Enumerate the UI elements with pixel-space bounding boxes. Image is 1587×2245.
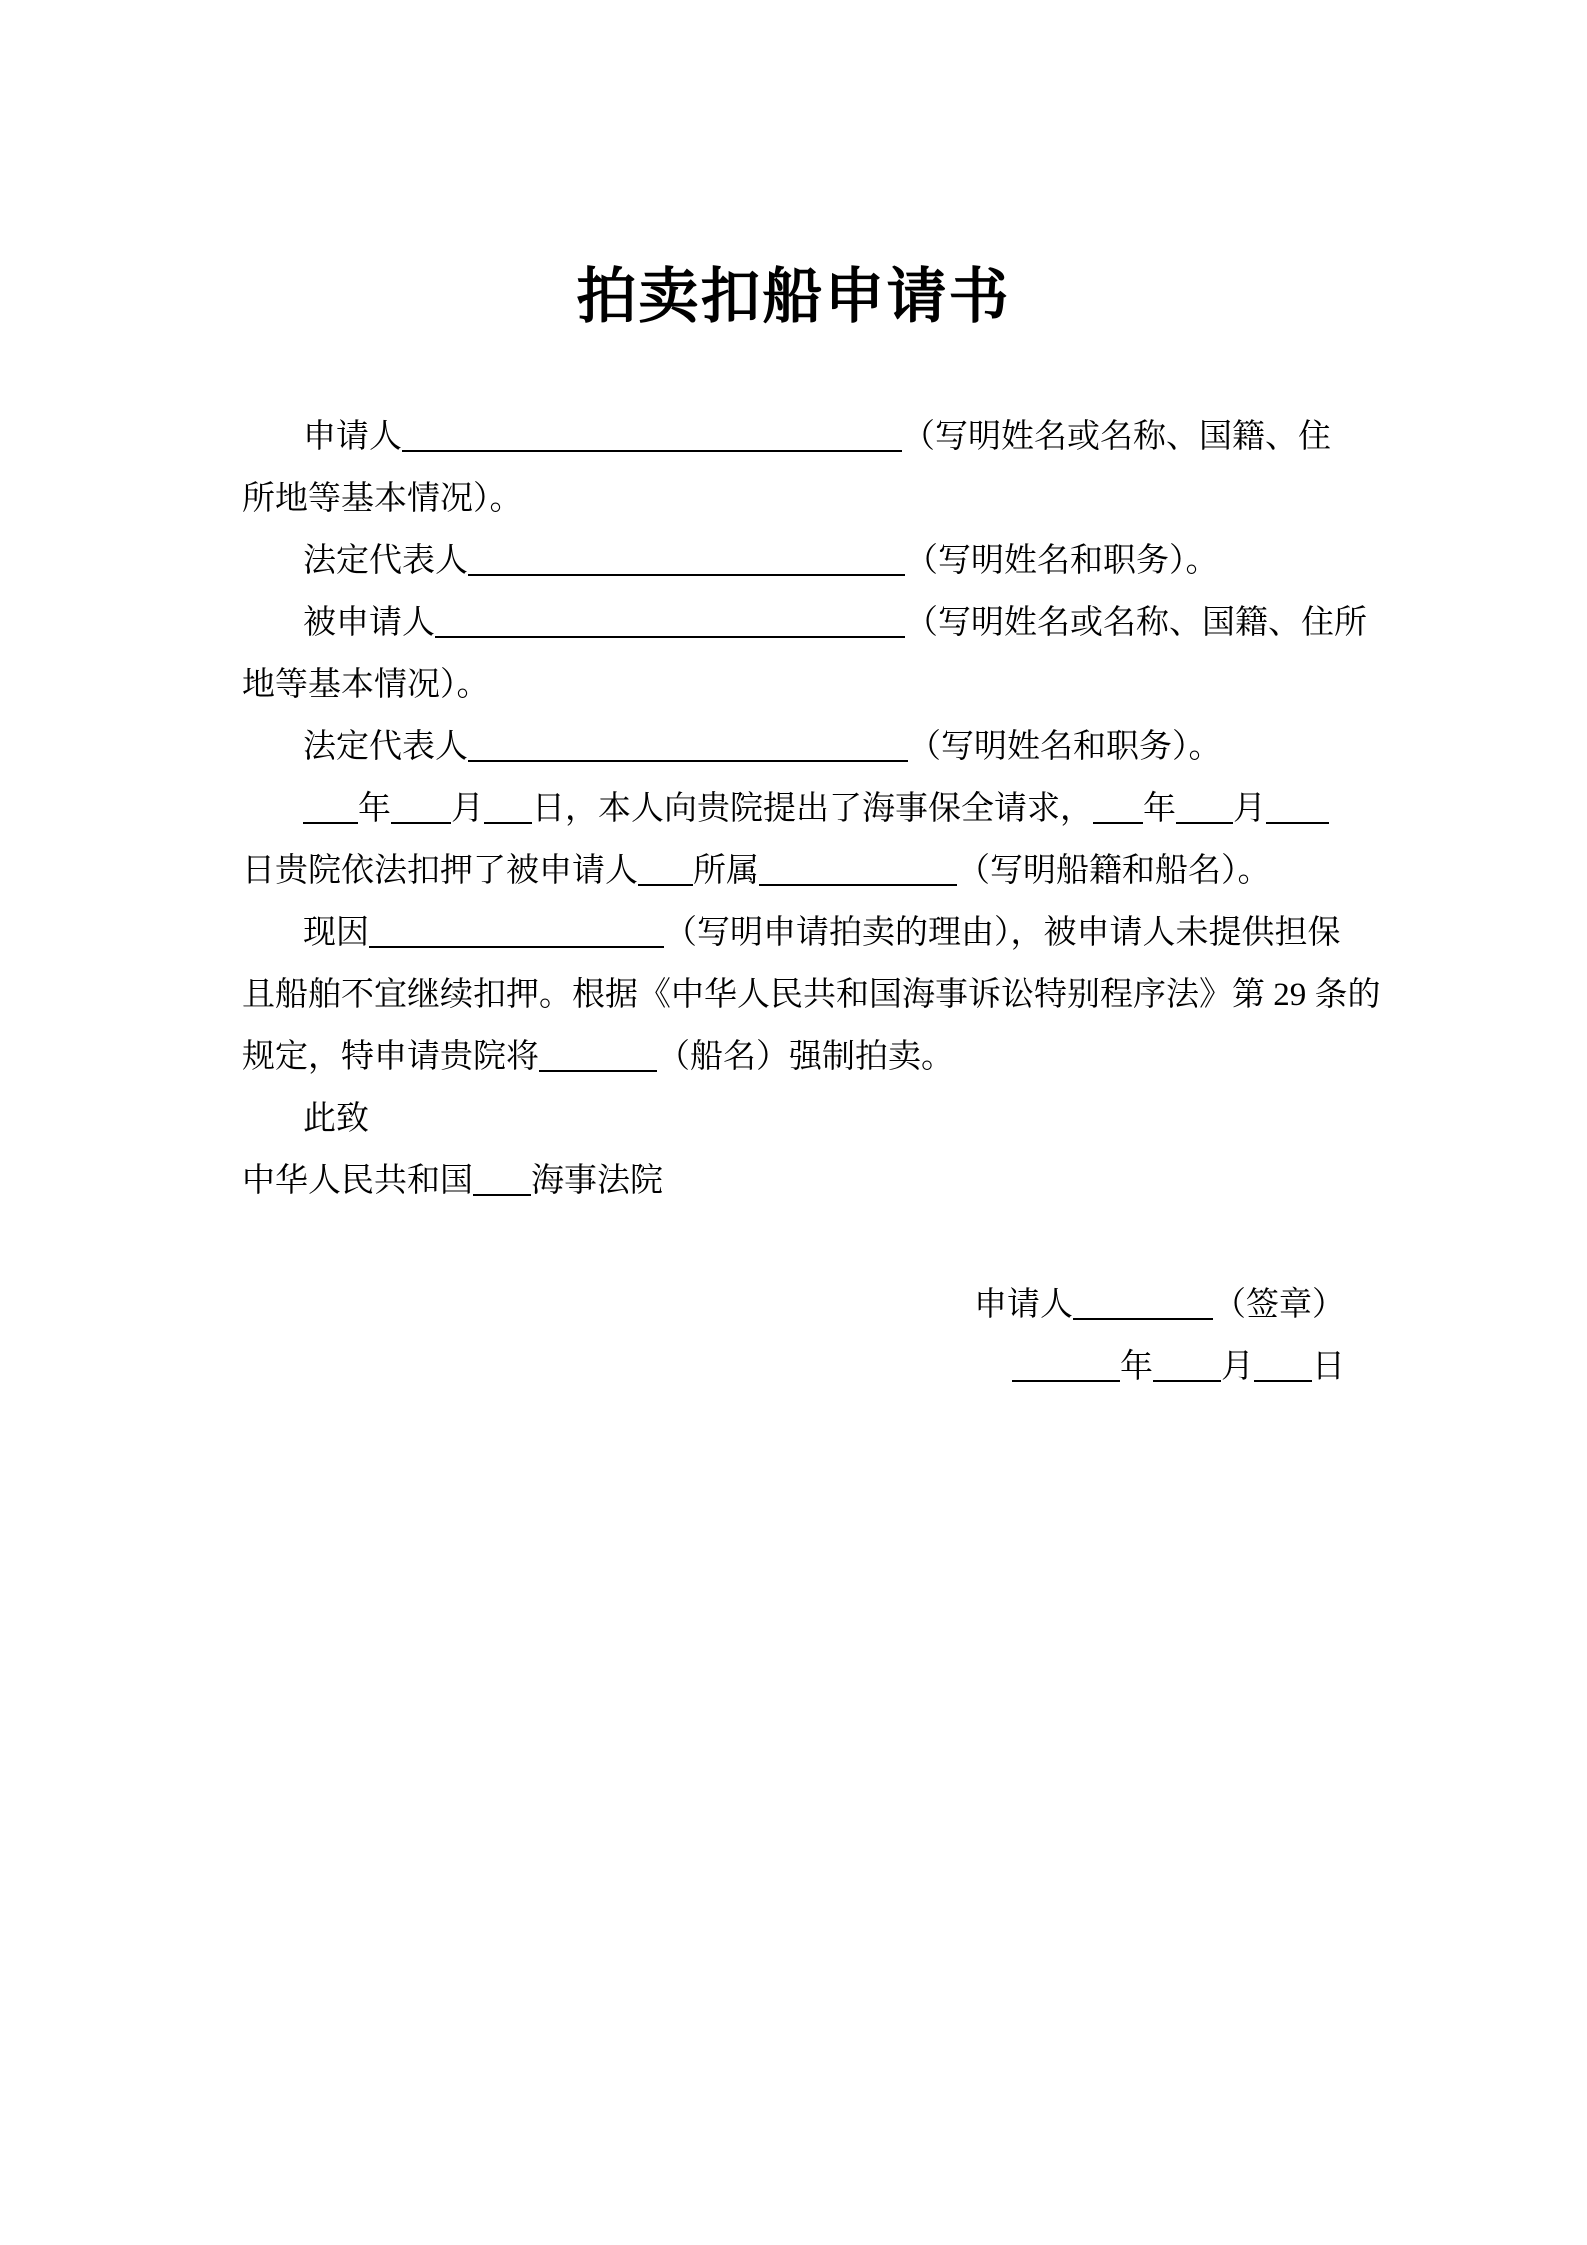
blank-underline-field xyxy=(473,1168,531,1196)
text-segment: 海事法院 xyxy=(531,1163,663,1199)
document-line: 法定代表人（写明姓名和职务）。 xyxy=(242,716,1345,778)
blank-underline-field xyxy=(1153,1354,1221,1382)
text-segment: 法定代表人 xyxy=(303,729,468,765)
document-line: 年月日 xyxy=(242,1336,1345,1398)
text-segment: 法定代表人 xyxy=(303,543,468,579)
text-segment: 日 xyxy=(1312,1349,1345,1385)
text-segment: 月 xyxy=(1233,791,1266,827)
document-line: 此致 xyxy=(242,1088,1345,1150)
blank-underline-field xyxy=(468,734,908,762)
text-segment: （写明姓名和职务）。 xyxy=(908,729,1222,765)
text-segment: 现因 xyxy=(303,915,369,951)
text-segment: （写明申请拍卖的理由），被申请人未提供担保 xyxy=(664,915,1341,951)
text-segment: （写明船籍和船名）。 xyxy=(957,853,1271,889)
document-body: 申请人（写明姓名或名称、国籍、住所地等基本情况）。法定代表人（写明姓名和职务）。… xyxy=(242,406,1345,1398)
blank-underline-field xyxy=(484,796,532,824)
blank-underline-field xyxy=(402,424,902,452)
document-line: 申请人（签章） xyxy=(242,1274,1345,1336)
blank-underline-field xyxy=(1176,796,1233,824)
text-segment: 且船舶不宜继续扣押。根据《中华人民共和国海事诉讼特别程序法》第 29 条的 xyxy=(242,977,1381,1013)
text-segment: 月 xyxy=(451,791,484,827)
text-segment: 被申请人 xyxy=(303,605,435,641)
document-line: 所地等基本情况）。 xyxy=(242,468,1345,530)
document-line: 现因（写明申请拍卖的理由），被申请人未提供担保 xyxy=(242,902,1345,964)
blank-underline-field xyxy=(539,1044,657,1072)
text-segment: （写明姓名和职务）。 xyxy=(905,543,1219,579)
document-line: 年月日，本人向贵院提出了海事保全请求，年月 xyxy=(242,778,1345,840)
blank-underline-field xyxy=(369,920,664,948)
text-segment: 年 xyxy=(1120,1349,1153,1385)
blank-underline-field xyxy=(1012,1354,1120,1382)
blank-underline-field xyxy=(759,858,957,886)
blank-underline-field xyxy=(303,796,358,824)
document-line: 日贵院依法扣押了被申请人所属（写明船籍和船名）。 xyxy=(242,840,1345,902)
blank-underline-field xyxy=(1254,1354,1312,1382)
text-segment: 所属 xyxy=(693,853,759,889)
text-segment: （写明姓名或名称、国籍、住 xyxy=(902,419,1331,455)
text-segment: 所地等基本情况）。 xyxy=(242,481,523,517)
document-line: 申请人（写明姓名或名称、国籍、住 xyxy=(242,406,1345,468)
text-segment: 规定，特申请贵院将 xyxy=(242,1039,539,1075)
document-line: 中华人民共和国海事法院 xyxy=(242,1150,1345,1212)
document-page: 拍卖扣船申请书 申请人（写明姓名或名称、国籍、住所地等基本情况）。法定代表人（写… xyxy=(0,0,1587,2245)
blank-underline-field xyxy=(391,796,451,824)
blank-underline-field xyxy=(1073,1292,1213,1320)
text-segment: 申请人 xyxy=(974,1287,1073,1323)
text-segment: 此致 xyxy=(303,1101,369,1137)
document-line: 法定代表人（写明姓名和职务）。 xyxy=(242,530,1345,592)
blank-underline-field xyxy=(468,548,905,576)
text-segment: （船名）强制拍卖。 xyxy=(657,1039,954,1075)
document-title: 拍卖扣船申请书 xyxy=(242,252,1345,342)
text-segment: 月 xyxy=(1221,1349,1254,1385)
text-segment: 地等基本情况）。 xyxy=(242,667,490,703)
blank-underline-field xyxy=(638,858,693,886)
document-line: 地等基本情况）。 xyxy=(242,654,1345,716)
document-line: 规定，特申请贵院将（船名）强制拍卖。 xyxy=(242,1026,1345,1088)
document-line xyxy=(242,1212,1345,1274)
text-segment: 中华人民共和国 xyxy=(242,1163,473,1199)
document-line: 被申请人（写明姓名或名称、国籍、住所 xyxy=(242,592,1345,654)
text-segment: （写明姓名或名称、国籍、住所 xyxy=(905,605,1367,641)
text-segment: 日贵院依法扣押了被申请人 xyxy=(242,853,638,889)
text-segment: 日，本人向贵院提出了海事保全请求， xyxy=(532,791,1093,827)
text-segment: 年 xyxy=(1143,791,1176,827)
text-segment: （签章） xyxy=(1213,1287,1345,1323)
blank-underline-field xyxy=(435,610,905,638)
text-segment: 年 xyxy=(358,791,391,827)
text-segment: 申请人 xyxy=(303,419,402,455)
document-line: 且船舶不宜继续扣押。根据《中华人民共和国海事诉讼特别程序法》第 29 条的 xyxy=(242,964,1345,1026)
blank-underline-field xyxy=(1093,796,1143,824)
blank-underline-field xyxy=(1266,796,1329,824)
